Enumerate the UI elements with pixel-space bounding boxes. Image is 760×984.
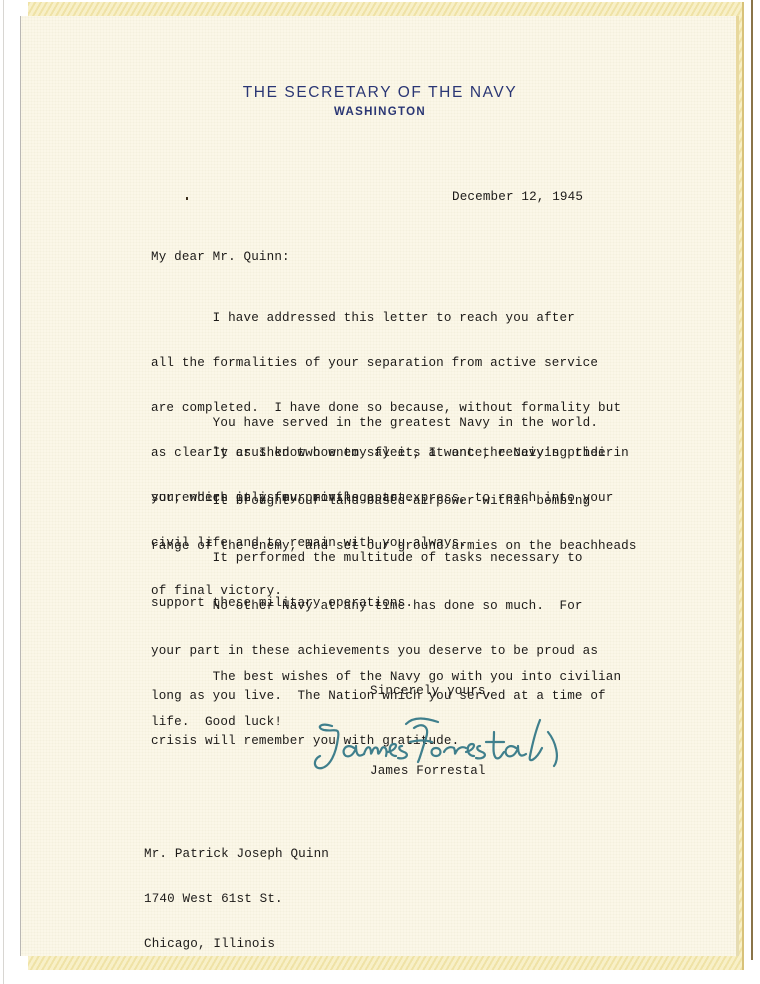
paragraph-line: No other Navy at any time has done so mu… bbox=[151, 599, 606, 614]
stray-ink-mark bbox=[186, 197, 188, 200]
paragraph-line: It brought our land-based airpower withi… bbox=[151, 494, 637, 509]
letterhead-subtitle: WASHINGTON bbox=[0, 106, 760, 118]
salutation: My dear Mr. Quinn: bbox=[151, 250, 290, 265]
paragraph-line: all the formalities of your separation f… bbox=[151, 356, 629, 371]
recipient-street: 1740 West 61st St. bbox=[144, 892, 329, 907]
recipient-address: Mr. Patrick Joseph Quinn 1740 West 61st … bbox=[144, 817, 329, 982]
backing-dark-edge bbox=[751, 0, 753, 960]
paragraph-line: It performed the multitude of tasks nece… bbox=[151, 551, 583, 566]
recipient-city: Chicago, Illinois bbox=[144, 937, 329, 952]
paragraph-line: It crushed two enemy fleets at once, rec… bbox=[151, 446, 613, 461]
closing: Sincerely yours, bbox=[370, 684, 493, 699]
signatory-name: James Forrestal bbox=[370, 764, 486, 779]
letterhead-title: THE SECRETARY OF THE NAVY bbox=[0, 84, 760, 102]
letter-date: December 12, 1945 bbox=[452, 190, 583, 205]
paragraph-line: The best wishes of the Navy go with you … bbox=[151, 670, 621, 685]
paragraph-line: I have addressed this letter to reach yo… bbox=[151, 311, 629, 326]
paper-right-shadow bbox=[736, 16, 739, 956]
backing-sheet-edge bbox=[3, 0, 4, 984]
recipient-name: Mr. Patrick Joseph Quinn bbox=[144, 847, 329, 862]
mat-edge-line bbox=[742, 2, 744, 970]
scanned-document: THE SECRETARY OF THE NAVY WASHINGTON Dec… bbox=[0, 0, 760, 984]
